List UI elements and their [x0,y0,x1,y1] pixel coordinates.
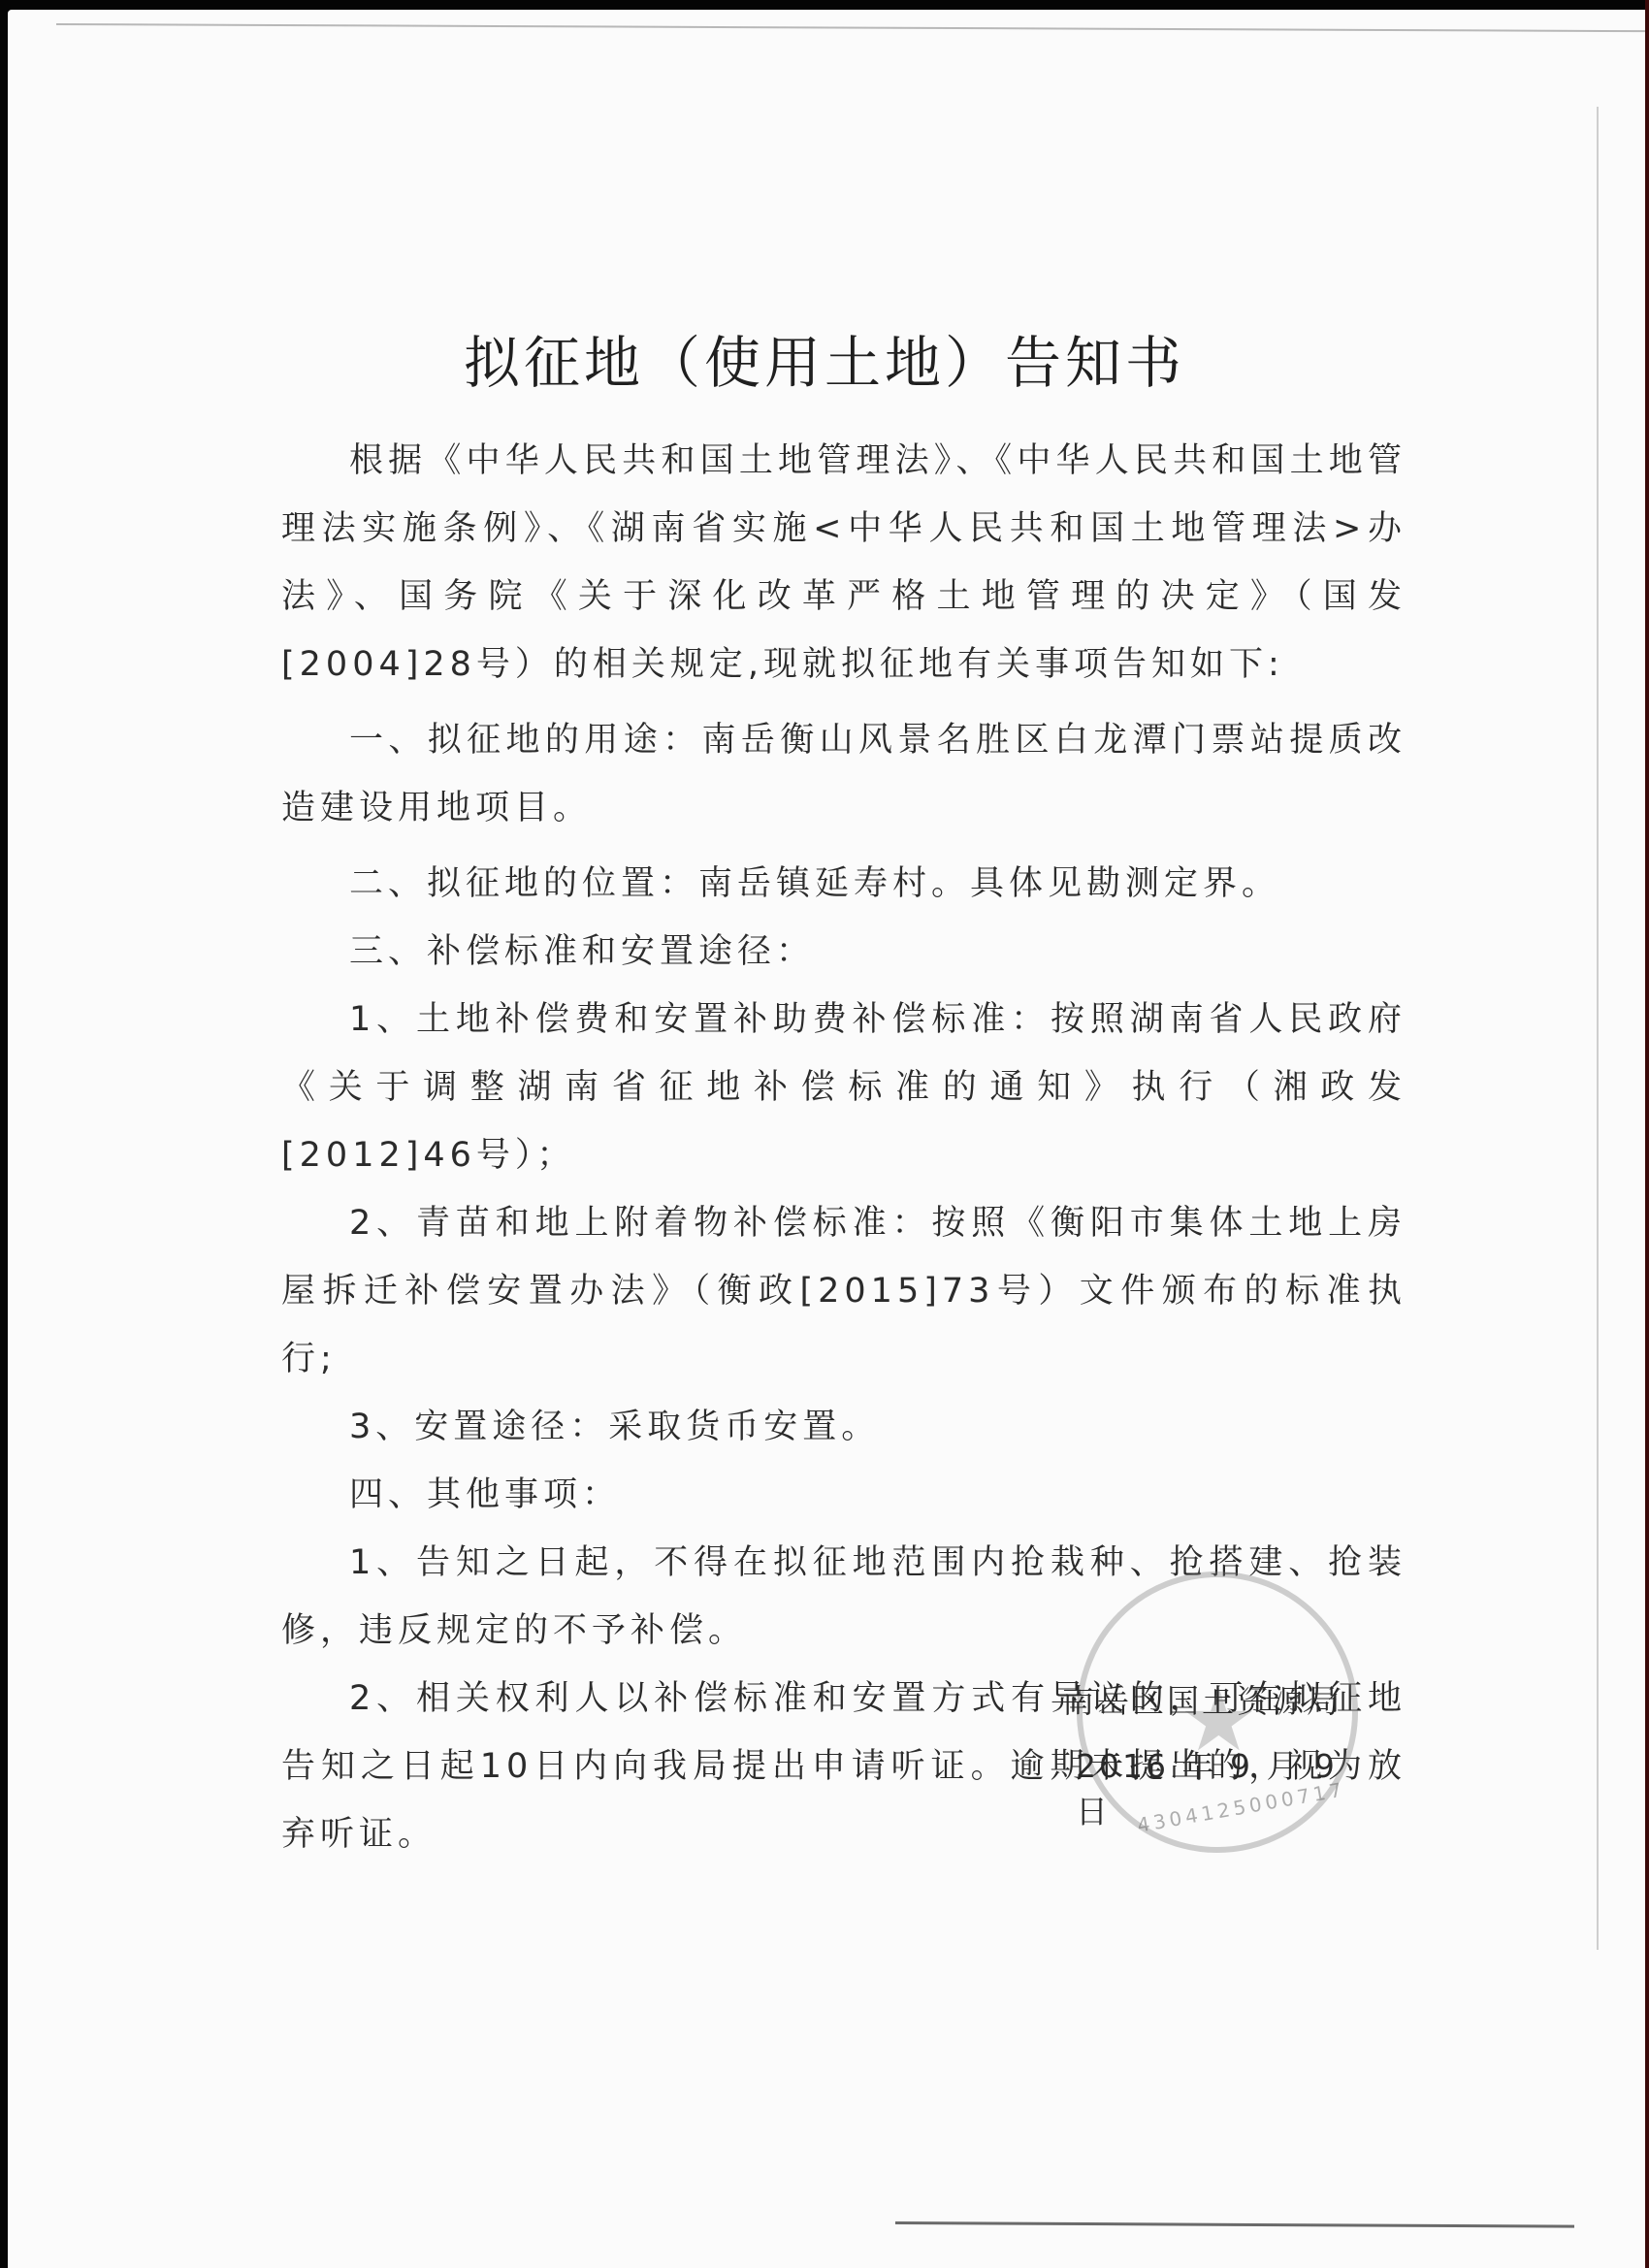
issuing-organization: 南岳区国土资源局 [1062,1676,1353,1722]
section-2-location: 二、拟征地的位置：南岳镇延寿村。具体见勘测定界。 [281,850,1406,918]
document-title: 拟征地（使用土地）告知书 [0,317,1649,399]
issue-date: 2016 年 9 月 9 日 [1062,1741,1353,1832]
section-3-heading: 三、补偿标准和安置途径： [281,918,1406,986]
section-3-item-3: 3、安置途径：采取货币安置。 [281,1393,1406,1461]
section-4-heading: 四、其他事项： [281,1461,1406,1529]
signature-block: 南岳区国土资源局 2016 年 9 月 9 日 [1062,1676,1353,1832]
section-3-item-1: 1、土地补偿费和安置补助费补偿标准：按照湖南省人民政府《关于调整湖南省征地补偿标… [281,986,1406,1189]
scan-line-bottom [895,2221,1574,2228]
scan-edge-top [56,23,1647,32]
section-1-purpose: 一、拟征地的用途：南岳衡山风景名胜区白龙潭门票站提质改造建设用地项目。 [281,706,1406,842]
intro-paragraph: 根据《中华人民共和国土地管理法》、《中华人民共和国土地管理法实施条例》、《湖南省… [281,427,1406,698]
section-3-item-2: 2、青苗和地上附着物补偿标准：按照《衡阳市集体土地上房屋拆迁补偿安置办法》（衡政… [281,1189,1406,1393]
